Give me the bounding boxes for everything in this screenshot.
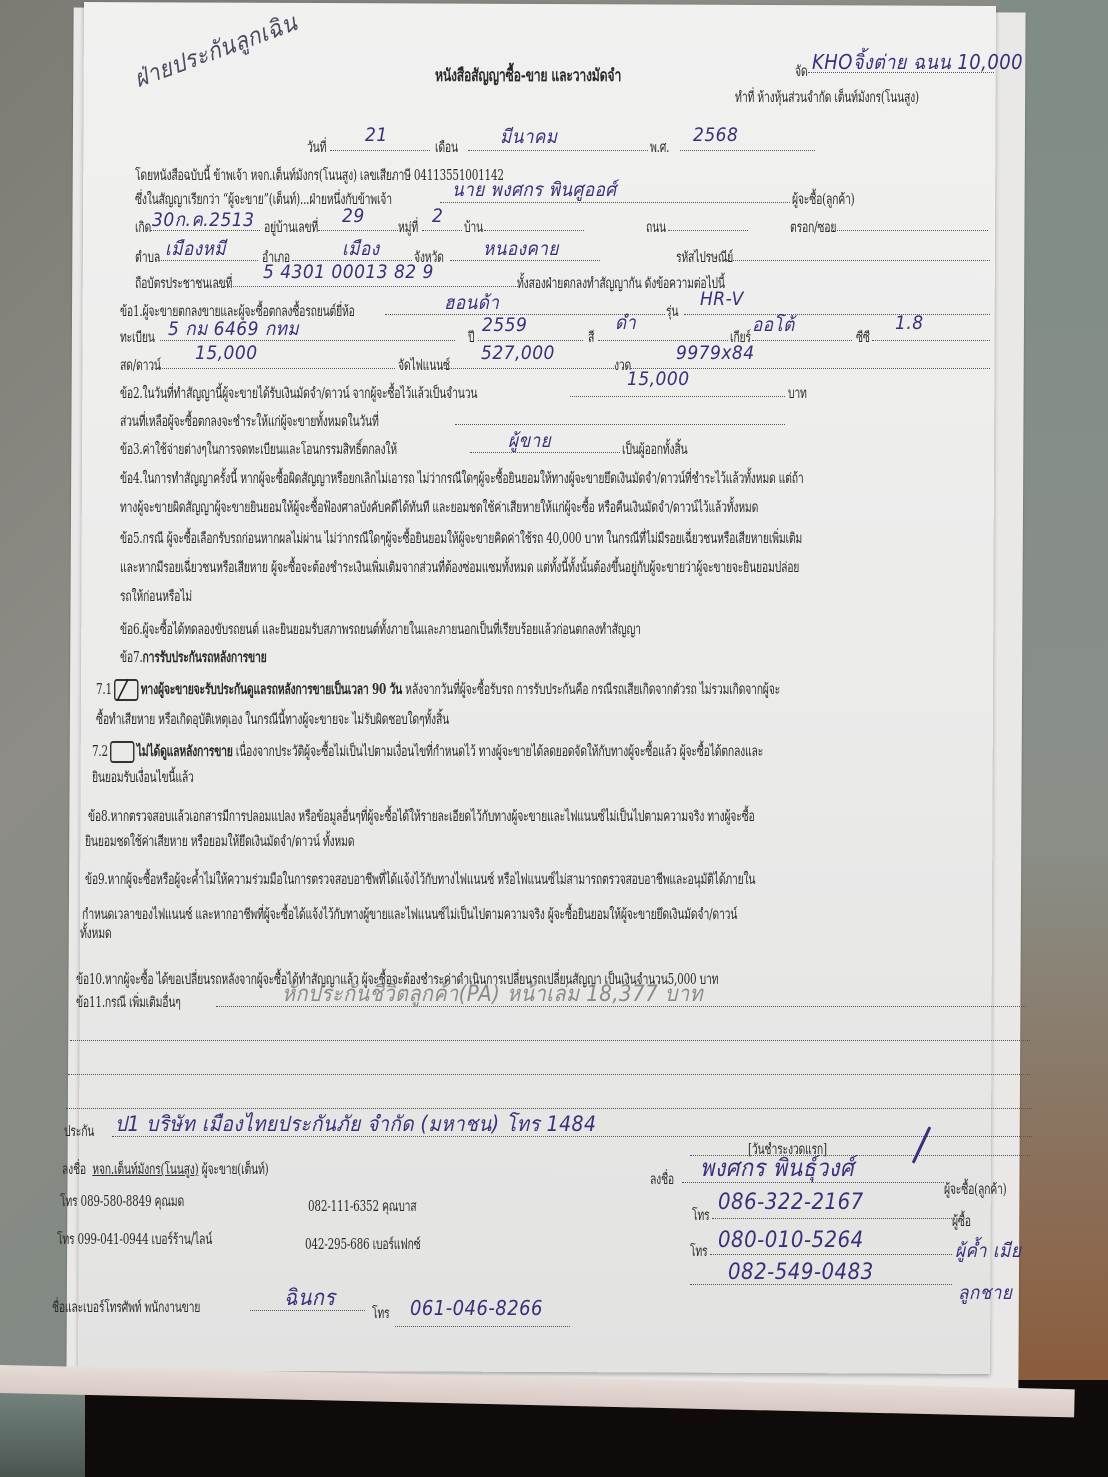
clause4-line1: ข้อ4.ในการทำสัญญาครั้งนี้ หากผู้จะซื้อผิ… (120, 467, 804, 490)
clause3-payer: ผู้ขาย (508, 426, 551, 456)
house-no-value: 29 (342, 205, 365, 227)
clause2-dotline (570, 396, 785, 397)
contract-document: ฝ่ายประกันลูกเฉิน หนังสือสัญญาซื้อ-ขาย แ… (0, 0, 1108, 1477)
clause6-text: ข้อ6.ผู้จะซื้อได้ทดลองขับรถยนต์ และยินยอ… (120, 618, 641, 641)
arranged-label: จัด (795, 60, 807, 83)
no-warranty-checkbox[interactable] (110, 741, 134, 763)
clause11-value: หักประกันชีวิตลูกค้า(PA) หน้าเล่ม 18,377… (282, 976, 703, 1011)
document-title: หนังสือสัญญาซื้อ-ขาย และวางมัดจำ (435, 62, 621, 89)
date-year: 2568 (693, 124, 738, 146)
clause1-down: 15,000 (195, 342, 258, 364)
clause4-line2: ทางผู้จะขายผิดสัญญาผู้จะขายยินยอมให้ผู้จ… (120, 496, 758, 519)
cc-dotline (872, 340, 990, 341)
seller-phone-3: โทร 099-041-0944 เบอร์ร้าน/ไลน์ (57, 1228, 212, 1251)
buyer-sign-label: ลงชื่อ (650, 1168, 674, 1191)
clause9-line1: ข้อ9.หากผู้จะซื้อหรือผู้จะค้ำไม่ให้ความร… (85, 868, 755, 891)
clause9-line3: ทั้งหมด (80, 922, 111, 945)
subdistrict-value: เมืองหมี (165, 234, 226, 264)
clause1-installment: 9979x84 (676, 342, 755, 364)
buyer-phone3-role: ลูกชาย (958, 1278, 1012, 1308)
plate-label: ทะเบียน (120, 326, 155, 349)
soi-dotline (828, 230, 988, 231)
cc-label: ซีซี (856, 326, 870, 349)
buyer-phone2-role: ผู้ค้ำ เมีย (955, 1236, 1021, 1266)
house-no-dotline (318, 230, 398, 231)
moo-value: 2 (432, 205, 443, 227)
date-day-dotline (330, 150, 430, 151)
road-label: ถนน (646, 216, 666, 239)
salesperson-phone-label: โทร (372, 1302, 389, 1325)
house-no-label: อยู่บ้านเลขที่ (264, 216, 318, 239)
finance-label: จัดไฟแนนซ์ (398, 354, 450, 377)
buyer-suffix: ผู้จะซื้อ(ลูกค้า) (792, 188, 855, 211)
buyer-phone1-dotline (712, 1218, 952, 1219)
clause8-line1: ข้อ8.หากตรวจสอบแล้วเอกสารมีการปลอมแปลง ห… (88, 805, 755, 828)
salesperson-phone-dotline (395, 1326, 570, 1327)
clause2-amount: 15,000 (627, 368, 690, 390)
insurance-label: ประกัน (64, 1120, 94, 1143)
province-value: หนองคาย (483, 234, 559, 264)
clause2-remaining-dotline (455, 424, 785, 425)
buyer-signature: พงศกร พินธุ์วงศ์ (700, 1148, 854, 1187)
clause7-option2-line2: ยินยอมรับเงื่อนไขนี้แล้ว (92, 766, 194, 789)
buyer-phone1: 086-322-2167 (718, 1190, 864, 1215)
buyer-phone1-label: โทร (692, 1204, 709, 1227)
clause2-remaining: ส่วนที่เหลือผู้จะซื้อตกลงจะชำระให้แก่ผู้… (120, 410, 379, 433)
clause1-year: 2559 (482, 314, 527, 336)
seller-phone-4: 042-295-686 เบอร์แฟกซ์ (305, 1233, 420, 1256)
year-label: ปี (468, 326, 474, 349)
postcode-dotline (722, 260, 990, 261)
seller-sign: ลงชื่อ หจก.เต็นท์มังกร(โนนสูง) ผู้จะขาย(… (62, 1158, 269, 1181)
date-month-label: เดือน (435, 136, 458, 159)
clause1-plate: 5 กม 6469 กทม (168, 314, 299, 344)
id-card-label: ถือบัตรประชาชนเลขที่ (135, 272, 232, 295)
clause2-unit: บาท (788, 382, 807, 405)
clause8-line2: ยินยอมชดใช้ค่าเสียหาย หรือยอมให้ยึดเงินม… (85, 830, 354, 853)
arranged-value: KHOจิ้งต่าย ฉนน 10,000 (812, 46, 1023, 78)
clause3-text: ข้อ3.ค่าใช้จ่ายต่างๆในการจดทะเบียนและโอน… (120, 438, 397, 461)
date-month-dotline (468, 150, 648, 151)
clause11-label: ข้อ11.กรณี เพิ่มเติมอื่นๆ (76, 991, 181, 1014)
check-mark-icon (117, 679, 129, 701)
clause3-suffix: เป็นผู้ออกทั้งสิ้น (622, 438, 687, 461)
seller-phone-1: โทร 089-580-8849 คุณมด (60, 1190, 184, 1213)
insurance-value: ป1 บริษัท เมืองไทยประกันภัย จำกัด (มหาชน… (115, 1108, 597, 1141)
id-card-suffix: ทั้งสองฝ่ายตกลงทำสัญญากัน ดังข้อความต่อไ… (517, 272, 725, 295)
clause2-text: ข้อ2.ในวันที่ทำสัญญานี้ผู้จะขายได้รับเงิ… (120, 382, 477, 405)
margin-note: ฝ่ายประกันลูกเฉิน (128, 3, 302, 98)
buyer-phone2-label: โทร (690, 1240, 707, 1263)
place-text: ทำที่ ห้างหุ้นส่วนจำกัด เต็นท์มังกร(โนนส… (735, 86, 919, 109)
clause1-finance: 527,000 (481, 342, 555, 364)
moo-label: หมู่ที่ (398, 216, 418, 239)
date-year-label: พ.ศ. (650, 136, 669, 159)
buyer-phone3: 082-549-0483 (728, 1260, 874, 1285)
village-dotline (484, 230, 584, 231)
salesperson-label: ชื่อและเบอร์โทรศัพท์ พนักงานขาย (52, 1296, 200, 1319)
warranty-90-days-checkbox[interactable] (114, 679, 138, 701)
born-value: 30ก.ค.2513 (152, 205, 254, 235)
buyer-phone2: 080-010-5264 (718, 1228, 864, 1253)
clause1-cc: 1.8 (895, 312, 924, 334)
salesperson-name: ฉินกร (284, 1280, 335, 1315)
clause5-line3: รถให้ก่อนหรือไม่ (120, 585, 192, 608)
seller-phone-2: 082-111-6352 คุณบาส (308, 1195, 416, 1218)
buyer-phone1-role: ผู้ซื้อ (952, 1210, 971, 1233)
salesperson-phone: 061-046-8266 (410, 1296, 543, 1320)
model-label: รุ่น (666, 300, 678, 323)
buyer-sign-role: ผู้จะซื้อ(ลูกค้า) (944, 1178, 1007, 1201)
born-label: เกิด (135, 216, 151, 239)
moo-dotline (422, 230, 462, 231)
district-value: เมือง (342, 234, 380, 264)
clause9-line2: กำหนดเวลาของไฟแนนซ์ และหากอาชีพที่ผู้จะซ… (82, 903, 737, 926)
date-day-label: วันที่ (307, 136, 326, 159)
date-year-dotline (680, 150, 815, 151)
clause7-option2: 7.2ไม่ได้ดูแลหลังการขาย เนื่องจากประวัติ… (92, 740, 763, 763)
finance-dotline (444, 368, 614, 369)
id-card-value: 5 4301 00013 82 9 (263, 261, 434, 283)
clause7-option1: 7.1ทางผู้จะขายจะรับประกันดูแลรถหลังการขา… (96, 678, 780, 701)
extra-dotline-2 (68, 1074, 1030, 1075)
clause7-option1-line2: ซื้อทำเสียหาย หรือเกิดอุบัติเหตุเอง ในกร… (96, 708, 449, 731)
date-day: 21 (365, 124, 388, 146)
gear-dotline (752, 340, 852, 341)
date-month: มีนาคม (500, 122, 558, 152)
color-dotline (598, 340, 728, 341)
down-label: สด/ดาวน์ (120, 354, 161, 377)
extra-dotline-1 (70, 1040, 1030, 1041)
postcode-label: รหัสไปรษณีย์ (676, 246, 733, 269)
clause5-line1: ข้อ5.กรณี ผู้จะซื้อเลือกรับรถก่อนหากผลไม… (120, 527, 802, 550)
intro-text: โดยหนังสือฉบับนี้ ข้าพเจ้า หจก.เต็นท์มัง… (135, 164, 504, 187)
road-dotline (668, 230, 748, 231)
clause1-gear: ออโต้ (752, 310, 795, 340)
clause1-color: ดำ (615, 308, 636, 338)
down-dotline (155, 368, 395, 369)
id-card-dotline (218, 286, 518, 287)
buyer-name: นาย พงศกร พินศูออศ์ (452, 175, 617, 205)
year-dotline (478, 340, 583, 341)
model-dotline (684, 314, 990, 315)
clause5-line2: และหากมีรอยเฉี่ยวชนหรือเสียหาย ผู้จะซื้อ… (120, 556, 799, 579)
pen-stroke (912, 1126, 932, 1164)
village-label: บ้าน (464, 216, 483, 239)
buyer-phone2-dotline (710, 1254, 952, 1255)
clause7-heading: ข้อ7.การรับประกันรถหลังการขาย (120, 646, 267, 669)
clause1-model: HR-V (700, 288, 744, 310)
soi-label: ตรอก/ซอย (790, 216, 836, 239)
color-label: สี (588, 326, 594, 349)
subdistrict-label: ตำบล (135, 246, 160, 269)
